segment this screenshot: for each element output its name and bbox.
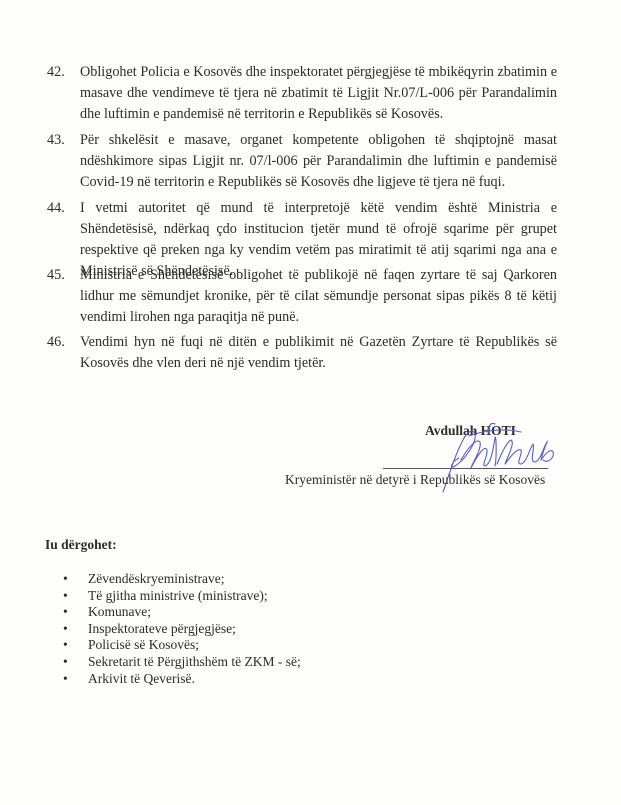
- decision-item-42: 42. Obligohet Policia e Kosovës dhe insp…: [47, 62, 557, 125]
- item-number: 42.: [47, 62, 77, 83]
- item-number: 45.: [47, 265, 77, 286]
- decision-item-46: 46. Vendimi hyn në fuqi në ditën e publi…: [47, 332, 557, 374]
- item-number: 46.: [47, 332, 77, 353]
- item-text: Ministria e Shëndetësisë obligohet të pu…: [80, 265, 557, 328]
- list-item: •Zëvendëskryeministrave;: [63, 571, 301, 588]
- item-text: Për shkelësit e masave, organet kompeten…: [80, 130, 557, 193]
- bullet-icon: •: [63, 637, 68, 654]
- list-item: •Policisë së Kosovës;: [63, 637, 301, 654]
- document-page: 42. Obligohet Policia e Kosovës dhe insp…: [0, 0, 621, 805]
- item-number: 44.: [47, 198, 77, 219]
- list-item: •Inspektorateve përgjegjëse;: [63, 621, 301, 638]
- recipients-heading: Iu dërgohet:: [45, 537, 117, 553]
- bullet-icon: •: [63, 654, 68, 671]
- bullet-icon: •: [63, 571, 68, 588]
- list-item: •Komunave;: [63, 604, 301, 621]
- item-text: Vendimi hyn në fuqi në ditën e publikimi…: [80, 332, 557, 374]
- recipients-list: •Zëvendëskryeministrave; •Të gjitha mini…: [63, 571, 301, 687]
- bullet-icon: •: [63, 671, 68, 688]
- decision-item-43: 43. Për shkelësit e masave, organet komp…: [47, 130, 557, 193]
- decision-item-45: 45. Ministria e Shëndetësisë obligohet t…: [47, 265, 557, 328]
- list-item: •Sekretarit të Përgjithshëm të ZKM - së;: [63, 654, 301, 671]
- bullet-icon: •: [63, 588, 68, 605]
- item-text: Obligohet Policia e Kosovës dhe inspekto…: [80, 62, 557, 125]
- list-item: •Të gjitha ministrive (ministrave);: [63, 588, 301, 605]
- item-number: 43.: [47, 130, 77, 151]
- bullet-icon: •: [63, 621, 68, 638]
- list-item: •Arkivit të Qeverisë.: [63, 671, 301, 688]
- bullet-icon: •: [63, 604, 68, 621]
- signatory-title: Kryeministër në detyrë i Republikës së K…: [285, 472, 545, 488]
- signature-line: [383, 468, 548, 469]
